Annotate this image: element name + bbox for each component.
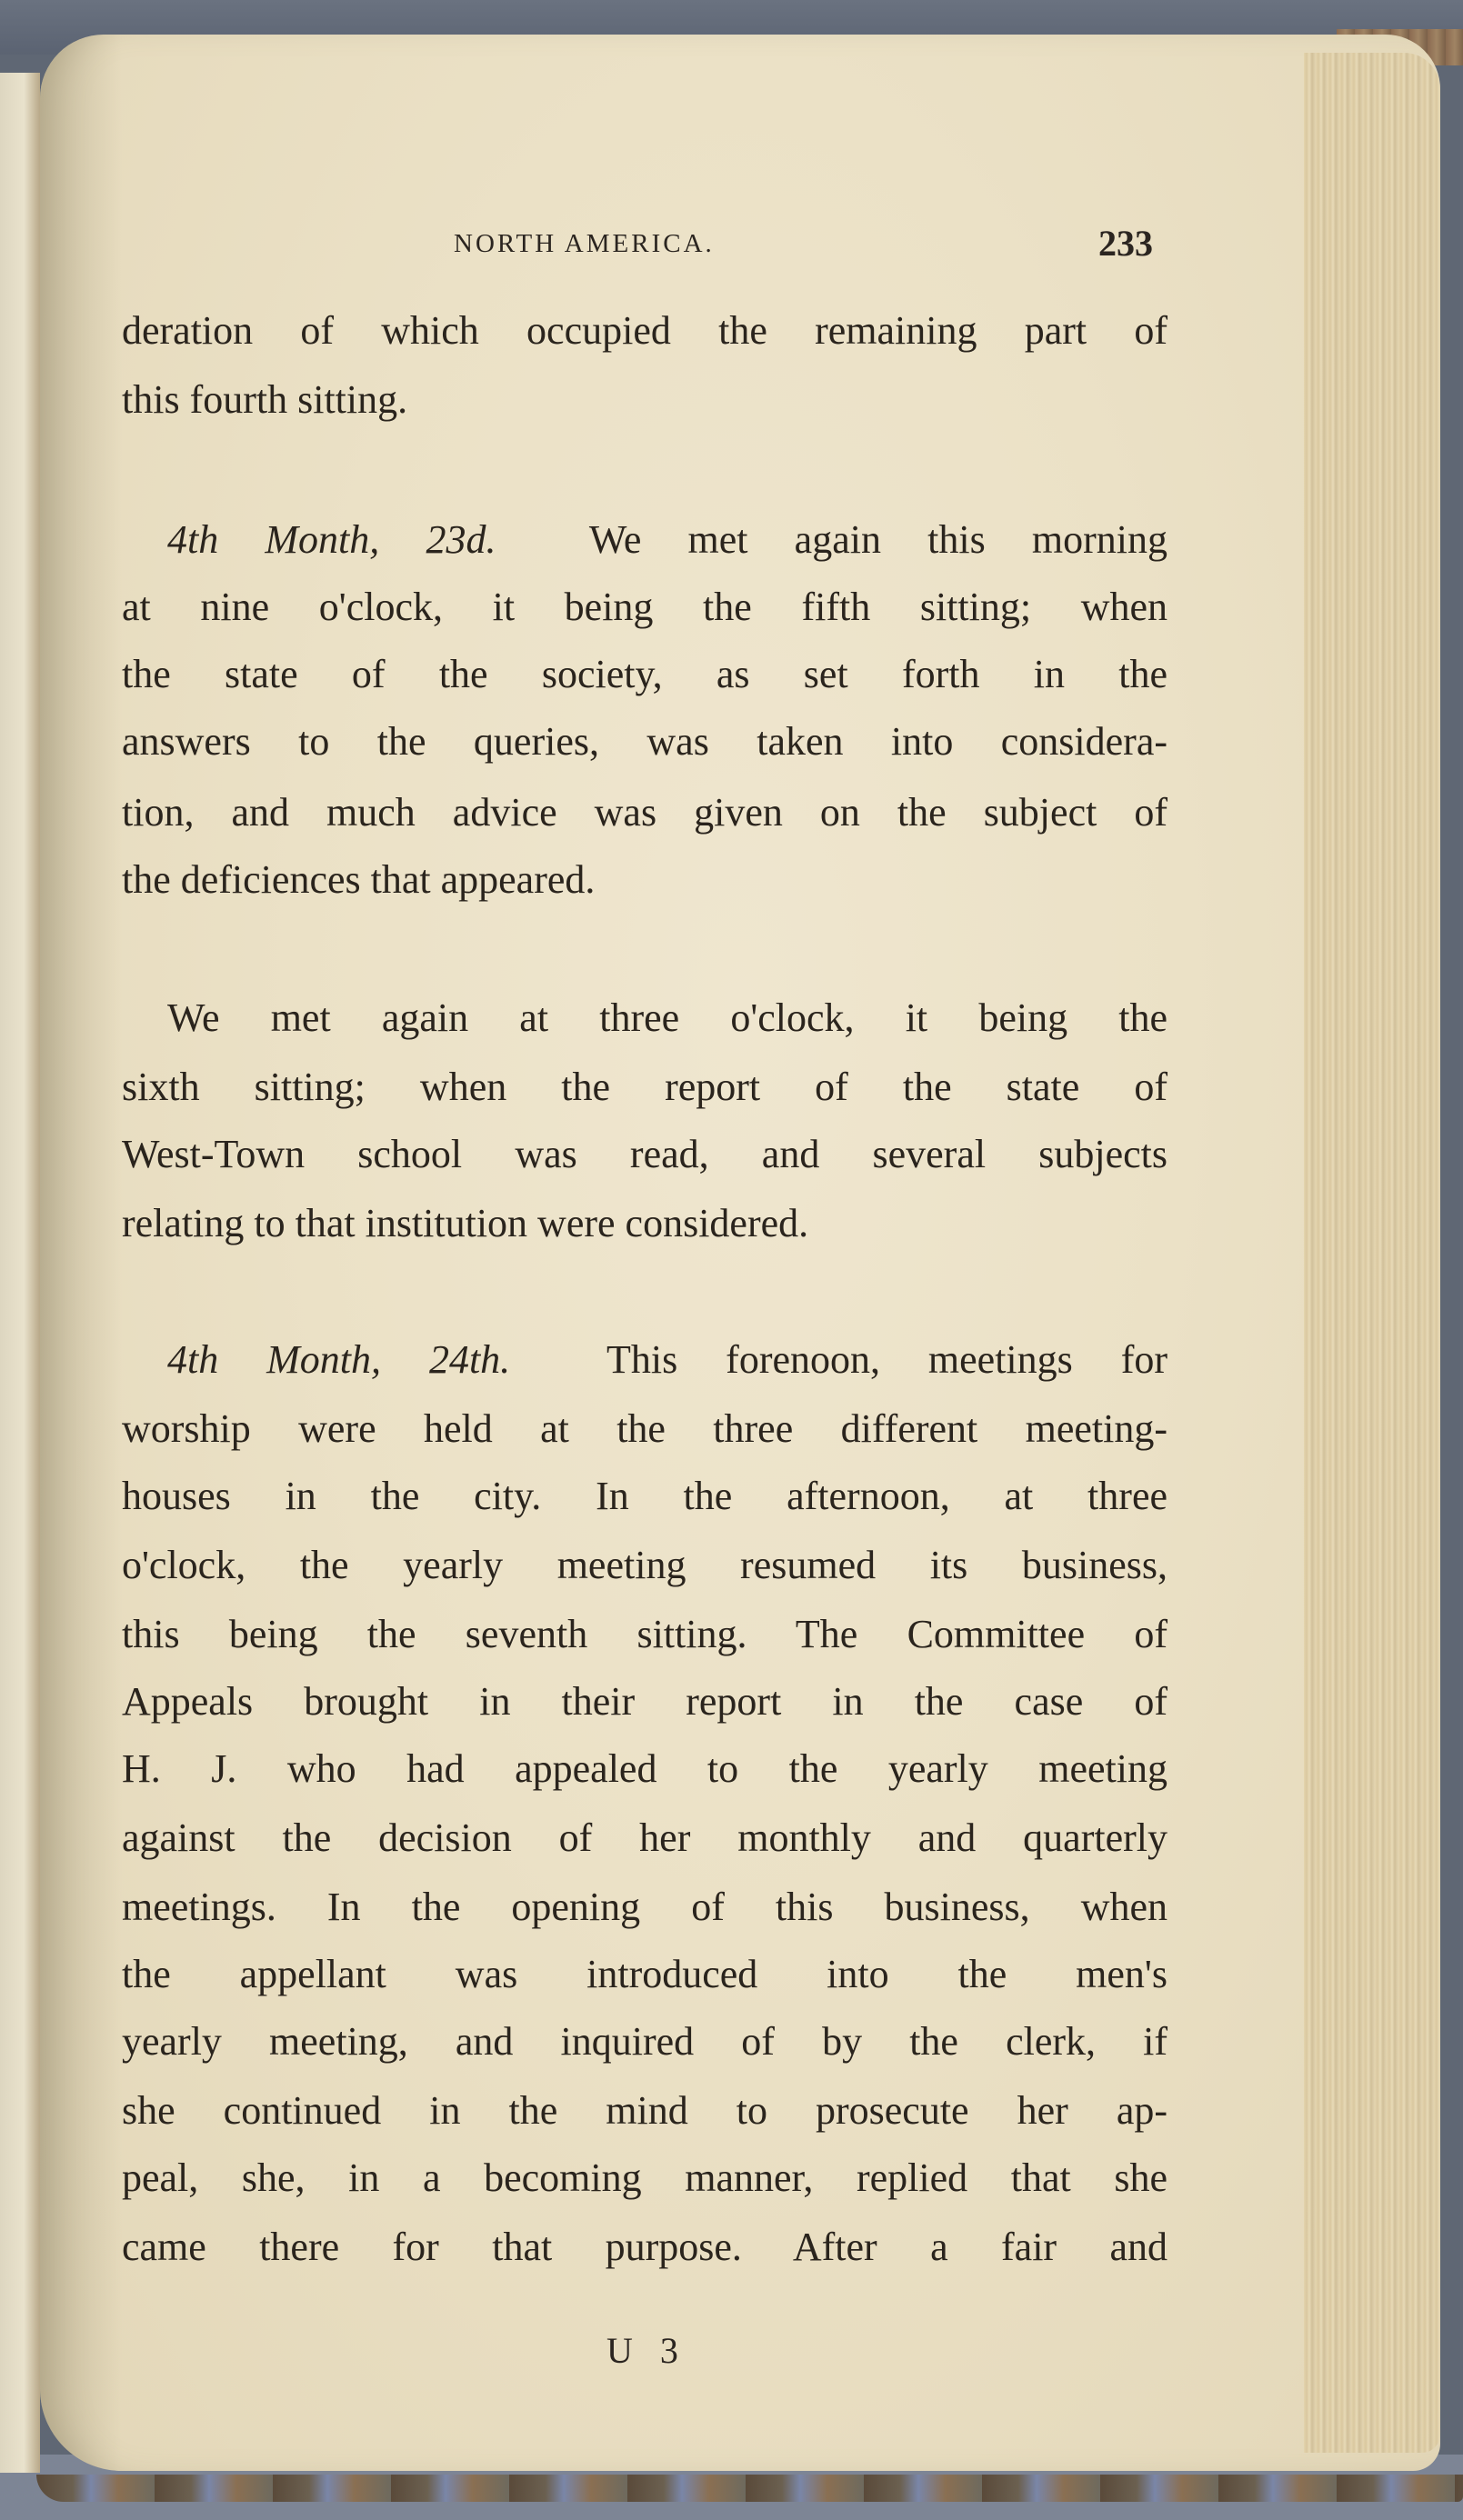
text-line: H. J. who had appealed to the yearly mee… [122, 1745, 1167, 1793]
text-line: the appellant was introduced into the me… [122, 1951, 1167, 1998]
text-line: answers to the queries, was taken into c… [122, 718, 1167, 765]
date-label: 4th Month, 23d. [167, 517, 496, 562]
text-line: at nine o'clock, it being the fifth sitt… [122, 584, 1167, 631]
text-line: tion, and much advice was given on the s… [122, 789, 1167, 836]
text-line: this being the seventh sitting. The Comm… [122, 1611, 1167, 1658]
book-page: NORTH AMERICA. 233 deration of which occ… [40, 35, 1440, 2471]
text-line: sixth sitting; when the report of the st… [122, 1064, 1167, 1111]
signature-mark: U 3 [606, 2329, 687, 2372]
text-line: houses in the city. In the afternoon, at… [122, 1473, 1167, 1520]
gutter-shadow [40, 35, 122, 2471]
text-line: she continued in the mind to prosecute h… [122, 2087, 1167, 2135]
text-line: West-Town school was read, and several s… [122, 1131, 1167, 1178]
text-line: worship were held at the three different… [122, 1405, 1167, 1453]
text-line: deration of which occupied the remaining… [122, 307, 1167, 355]
text-line: the deficiences that appeared. [122, 856, 1167, 904]
page-number: 233 [1098, 222, 1153, 265]
text-line: peal, she, in a becoming manner, replied… [122, 2155, 1167, 2202]
text-line: Appeals brought in their report in the c… [122, 1678, 1167, 1725]
text-line: the state of the society, as set forth i… [122, 651, 1167, 698]
dated-entry-line: 4th Month, 24th. This forenoon, meetings… [167, 1336, 1167, 1384]
text-line: yearly meeting, and inquired of by the c… [122, 2018, 1167, 2065]
date-label: 4th Month, 24th. [167, 1337, 510, 1382]
text-span: This forenoon, meetings for [606, 1337, 1167, 1382]
running-head-title: NORTH AMERICA. [454, 229, 715, 259]
text-line: o'clock, the yearly meeting resumed its … [122, 1542, 1167, 1589]
text-line: came there for that purpose. After a fai… [122, 2224, 1167, 2271]
text-line: against the decision of her monthly and … [122, 1815, 1167, 1862]
text-line: meetings. In the opening of this busines… [122, 1884, 1167, 1931]
book-cover-edge [36, 2475, 1463, 2502]
page-fore-edge [1304, 53, 1440, 2453]
facing-page-edge [0, 73, 40, 2473]
text-line: relating to that institution were consid… [122, 1200, 1167, 1247]
text-span: We met again this morning [589, 517, 1167, 562]
text-line: We met again at three o'clock, it being … [167, 995, 1167, 1042]
dated-entry-line: 4th Month, 23d. We met again this mornin… [167, 516, 1167, 564]
text-line: this fourth sitting. [122, 376, 1167, 424]
